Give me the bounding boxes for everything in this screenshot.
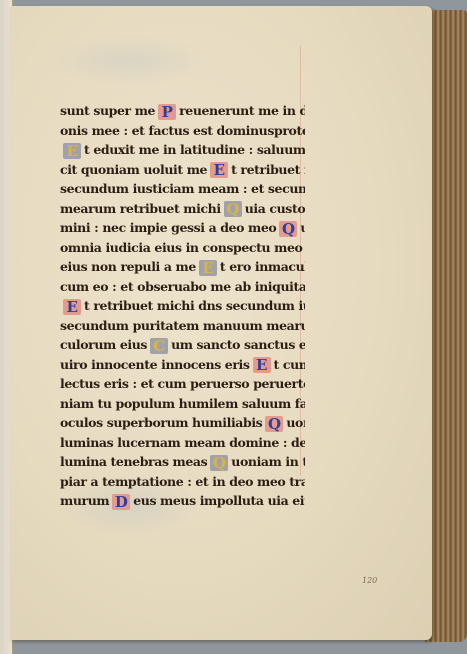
manuscript-page: sunt super mePreuenerunt me in die affli… [10,6,432,640]
line-text: murum [60,493,109,508]
decorated-initial: Q [279,221,297,237]
line-text: luminas lucernam meam domine : deus meus… [60,435,305,450]
line-text: sunt super me [60,103,155,118]
text-block: sunt super mePreuenerunt me in die affli… [60,101,305,511]
line-text: uia custodiui uias do [245,201,305,216]
text-line: murumDeus meus impolluta uia eius do [60,491,305,511]
decorated-initial: E [199,260,217,276]
line-text: uoniam [300,220,305,235]
decorated-initial: Q [224,201,242,217]
text-line: cum eo : et obseruabo me ab iniquitate m… [60,277,305,297]
line-text: eius non repuli a me [60,259,196,274]
line-text: lectus eris : et cum peruerso peruerteri… [60,376,305,391]
line-text: onis mee : et factus est dominus [60,123,274,138]
line-text: mearum retribuet michi [60,201,221,216]
text-line: lumina tenebras measQuoniam in te eri [60,452,305,472]
decorated-initial: Q [210,455,228,471]
line-text: reuenerunt me in die afflicti [179,103,305,118]
text-line: Et retribuet michi dns secundum iusticia… [60,296,305,316]
text-line: piar a temptatione : et in deo meo trans… [60,472,305,492]
show-through-decoration [50,36,210,86]
line-text: uoniam in te eri [231,454,305,469]
line-text: oculos superborum humiliabis [60,415,262,430]
line-text: piar a temptatione : et in deo meo trans… [60,474,305,489]
line-text: t retribuet michi dns [231,162,305,177]
text-line: secundum iusticiam meam : et secundum pu… [60,179,305,199]
decorated-initial: E [63,299,81,315]
line-text: secundum puritatem manuum mearum in cons… [60,318,305,333]
line-text: cum eo : et obseruabo me ab iniquitate m… [60,279,305,294]
text-line: oculos superborum humiliabisQuoniam tu i… [60,413,305,433]
line-text: t retribuet michi dns secundum iusticiam… [84,298,305,313]
line-text: culorum eius [60,337,147,352]
line-text: t eduxit me in latitudine : saluum me fe [84,142,305,157]
line-text: t ero inmaculatus [220,259,305,274]
line-text: niam tu populum humilem saluum facies : … [60,396,305,411]
line-text: t cum electo e [274,357,305,372]
decorated-initial: E [210,162,228,178]
text-line: uiro innocente innocens erisEt cum elect… [60,355,305,375]
line-text: eus meus impolluta uia eius do [133,493,305,508]
line-text: cit quoniam uoluit me [60,162,207,177]
text-line: omnia iudicia eius in conspectu meo : et… [60,238,305,258]
decorated-initial: C [150,338,168,354]
text-line: Et eduxit me in latitudine : saluum me f… [60,140,305,160]
text-line: onis mee : et factus est dominusprotecto… [60,121,305,141]
text-line: sunt super mePreuenerunt me in die affli… [60,101,305,121]
line-text: protector meus [274,123,305,138]
line-text: omnia iudicia eius in conspectu meo : et… [60,240,305,255]
decorated-initial: P [158,104,176,120]
folio-number: 120 [362,576,377,585]
text-line: lectus eris : et cum peruerso peruerteri… [60,374,305,394]
text-line: niam tu populum humilem saluum facies : … [60,394,305,414]
text-line: mini : nec impie gessi a deo meoQuoniam [60,218,305,238]
line-text: uoniam tu il [286,415,305,430]
text-line: culorum eiusCum sancto sanctus eris : et… [60,335,305,355]
text-line: mearum retribuet michiQuia custodiui uia… [60,199,305,219]
text-line: secundum puritatem manuum mearum in cons… [60,316,305,336]
decorated-initial: E [63,143,81,159]
line-text: um sancto sanctus eris : et cum [171,337,305,352]
text-line: luminas lucernam meam domine : deus meus… [60,433,305,453]
line-text: lumina tenebras meas [60,454,207,469]
decorated-initial: D [112,494,130,510]
text-line: cit quoniam uoluit meEt retribuet michi … [60,160,305,180]
line-text: secundum iusticiam meam : et secundum pu… [60,181,305,196]
line-text: uiro innocente innocens eris [60,357,250,372]
decorated-initial: E [253,357,271,373]
line-text: mini : nec impie gessi a deo meo [60,220,276,235]
text-line: eius non repuli a meEt ero inmaculatus [60,257,305,277]
decorated-initial: Q [265,416,283,432]
